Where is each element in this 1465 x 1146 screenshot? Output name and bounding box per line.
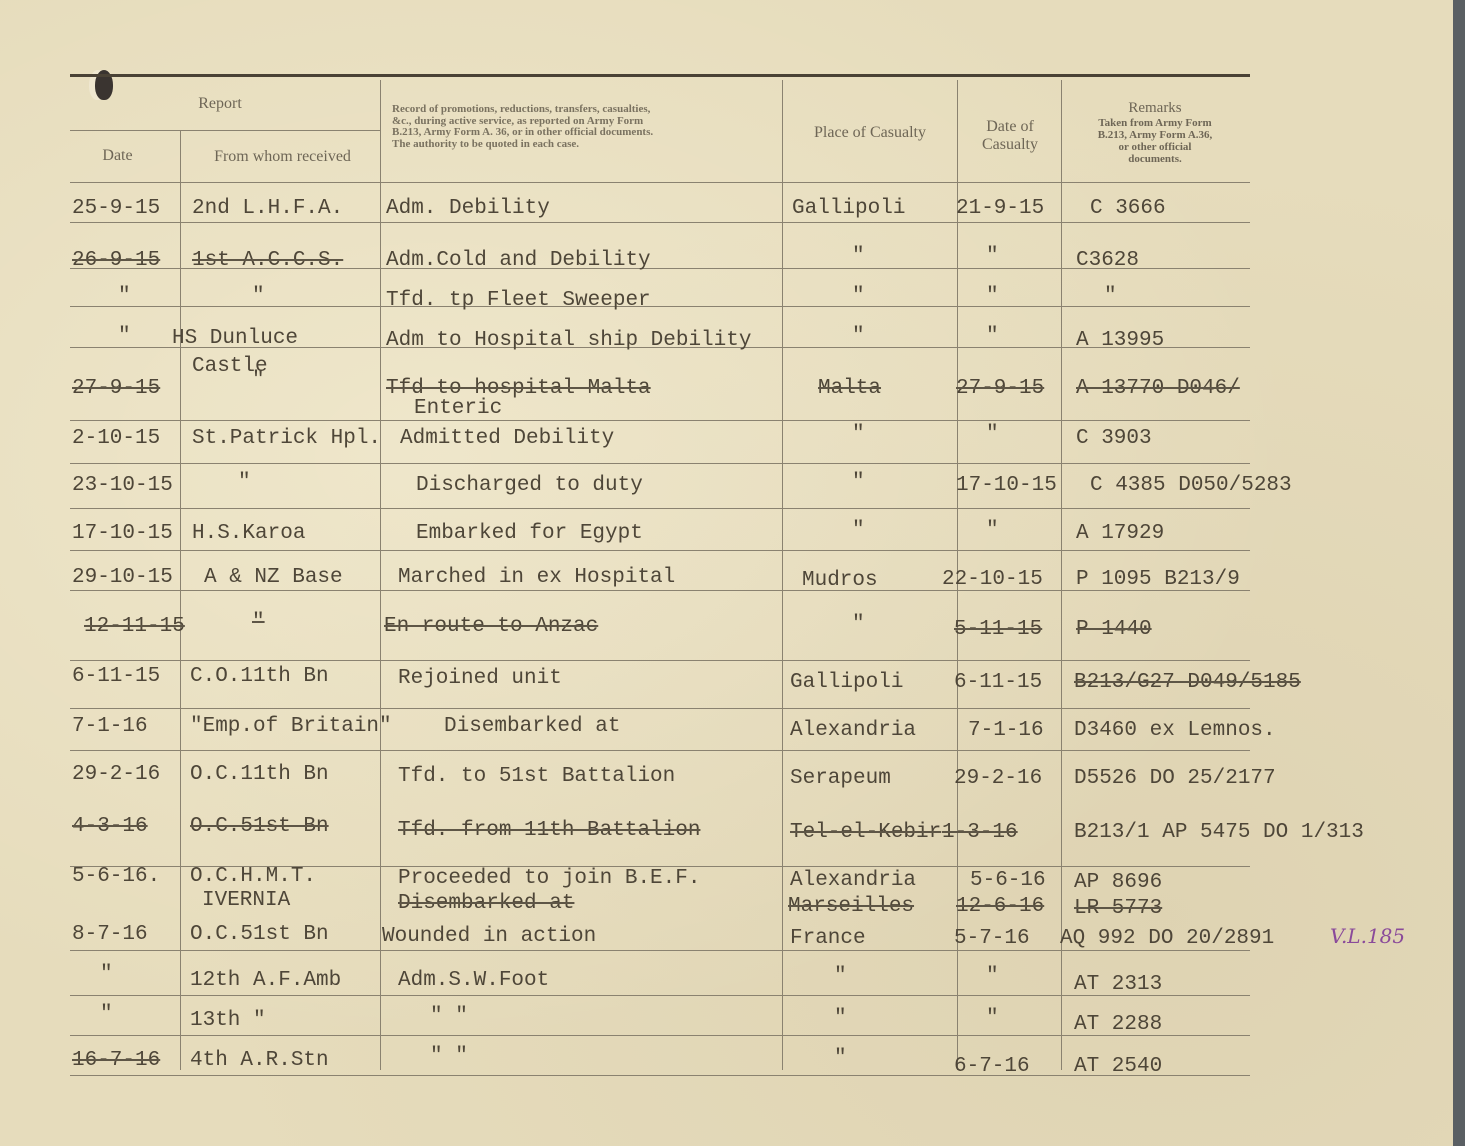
row-place: " [834,966,847,987]
row-from-line2: IVERNIA [202,890,290,911]
row-rule [70,1035,1250,1036]
row-rule [70,750,1250,751]
row-record: Wounded in action [382,926,596,947]
row-date: 27-9-15 [72,378,160,399]
header-record-line: Record of promotions, reductions, transf… [392,104,772,116]
row-remarks: C 3903 [1076,428,1152,449]
row-remarks: AT 2288 [1074,1014,1162,1035]
row-place: " [834,1048,847,1069]
row-casualty-date: " [986,286,999,307]
header-remarks: Remarks Taken from Army Form B.213, Army… [1065,100,1245,165]
row-remarks: P 1440 [1076,619,1152,640]
header-date-casualty-line: Date of [960,118,1060,136]
row-rule [70,463,1250,464]
row-casualty-date: 21-9-15 [956,198,1044,219]
row-record: Rejoined unit [398,668,562,689]
row-casualty-date: 6-11-15 [954,672,1042,693]
row-casualty-date: 5-7-16 [954,928,1030,949]
row-rule [70,550,1250,551]
row-date: 26-9-15 [72,250,160,271]
row-record: Discharged to duty [416,475,643,496]
row-from: 13th " [190,1010,266,1031]
row-remarks: B213/G27 D049/5185 [1074,672,1301,693]
header-rule [70,130,380,131]
row-casualty-date: 1-3-16 [942,822,1018,843]
row-date: " [118,326,131,347]
row-place: " [852,246,865,267]
row-record: Marched in ex Hospital [398,567,675,588]
row-remarks: D3460 ex Lemnos. [1074,720,1276,741]
header-rule [70,182,1250,183]
row-casualty-date: " [986,520,999,541]
row-from: A & NZ Base [204,567,343,588]
row-place: " [852,424,865,445]
column-divider [1061,80,1062,1070]
row-place: " [852,614,865,635]
row-casualty-date: 22-10-15 [942,569,1043,590]
header-remarks-line: B.213, Army Form A.36, [1065,129,1245,141]
row-record: Adm.Cold and Debility [386,250,651,271]
row-rule [70,420,1250,421]
row-remarks: C3628 [1076,250,1139,271]
row-from: C.O.11th Bn [190,666,329,687]
row-place: Gallipoli [790,672,903,693]
row-record: Adm. Debility [386,198,550,219]
row-from: " [252,286,265,307]
row-date: 8-7-16 [72,924,148,945]
row-date: 7-1-16 [72,716,148,737]
header-remarks-line: or other official [1065,141,1245,153]
column-divider [180,130,181,1070]
row-from: " [238,472,251,493]
row-record: Admitted Debility [400,428,614,449]
row-date: 2-10-15 [72,428,160,449]
row-place: " [852,326,865,347]
row-place: France [790,928,866,949]
row-date: 6-11-15 [72,666,160,687]
header-date-casualty: Date of Casualty [960,118,1060,153]
row-record: Tfd. to 51st Battalion [398,766,675,787]
header-date: Date [70,147,165,165]
row-record: Tfd. tp Fleet Sweeper [386,290,651,311]
row-casualty-date: 27-9-15 [956,378,1044,399]
row-date: 23-10-15 [72,475,173,496]
row-from: 12th A.F.Amb [190,970,341,991]
top-rule [70,74,1250,77]
row-casualty-date: " [986,1008,999,1029]
row-record: En route to Anzac [384,616,598,637]
row-record: Disembarked at [444,716,620,737]
row-rule [70,660,1250,661]
row-place: Serapeum [790,768,891,789]
row-rule [70,950,1250,951]
service-record-page: Report Date From whom received Record of… [0,0,1453,1146]
row-date: 29-10-15 [72,567,173,588]
row-date: 5-6-16. [72,866,160,887]
row-remarks: " [1104,286,1117,307]
row-remarks: D5526 DO 25/2177 [1074,768,1276,789]
row-date: " [100,1004,113,1025]
row-record: Adm.S.W.Foot [398,970,549,991]
row-remarks: A 13770 D046/ [1076,378,1240,399]
row-rule [70,306,1250,307]
row-rule [70,1075,1250,1076]
row-from: O.C.51st Bn [190,924,329,945]
row-record: Tfd to hospital Malta [386,378,651,399]
row-record: " " [430,1006,468,1027]
row-record: Adm to Hospital ship Debility [386,330,751,351]
row-casualty-date: " [986,326,999,347]
row-rule [70,222,1250,223]
row-from: "Emp.of Britain" [190,716,392,737]
row-from: St.Patrick Hpl. [192,428,381,449]
row-remarks: AQ 992 DO 20/2891 [1060,928,1274,949]
row-from: 1st A.C.C.S. [192,250,343,271]
header-remarks-line: documents. [1065,153,1245,165]
row-record-line2: Disembarked at [398,893,574,914]
column-divider [782,80,783,1070]
row-place: " [852,286,865,307]
row-casualty-date: " [986,424,999,445]
row-remarks: A 17929 [1076,523,1164,544]
header-remarks-line: Taken from Army Form [1065,117,1245,129]
row-casualty-date: 5-6-16 [970,870,1046,891]
row-date: " [118,286,131,307]
column-divider [380,80,381,1070]
row-place-line2: Marseilles [788,896,914,917]
row-rule [70,590,1250,591]
row-remarks: A 13995 [1076,330,1164,351]
row-record: Embarked for Egypt [416,523,643,544]
header-record: Record of promotions, reductions, transf… [392,104,772,150]
row-casualty-date: 6-7-16 [954,1056,1030,1077]
row-record: " " [430,1046,468,1067]
row-rule [70,708,1250,709]
row-remarks: C 3666 [1090,198,1166,219]
row-record: Proceeded to join B.E.F. [398,868,700,889]
row-from: 4th A.R.Stn [190,1050,329,1071]
row-date: 16-7-16 [72,1050,160,1071]
header-from-whom: From whom received [185,148,380,166]
row-remarks: AP 8696 [1074,872,1162,893]
row-remarks: B213/1 AP 5475 DO 1/313 [1074,822,1364,843]
row-casualty-date: 5-11-15 [954,619,1042,640]
row-place: Alexandria [790,720,916,741]
row-casualty-date: " [986,966,999,987]
row-record: Tfd. from 11th Battalion [398,820,700,841]
row-casualty-date-line2: 12-6-16 [956,896,1044,917]
row-from: 2nd L.H.F.A. [192,198,343,219]
header-record-line: B.213, Army Form A. 36, or in other offi… [392,127,772,139]
row-from: O.C.51st Bn [190,816,329,837]
row-remarks: C 4385 D050/5283 [1090,475,1292,496]
row-from: H.S.Karoa [192,523,305,544]
row-casualty-date: 17-10-15 [956,475,1057,496]
row-date: 12-11-15 [84,616,185,637]
row-place: Malta [818,378,881,399]
row-remarks: AT 2313 [1074,974,1162,995]
row-place: Mudros [802,570,878,591]
row-place: " [834,1008,847,1029]
row-from-ditto: " [252,370,265,391]
row-place: " [852,472,865,493]
row-casualty-date: 7-1-16 [968,720,1044,741]
row-from: HS Dunluce [172,328,298,349]
row-place: Alexandria [790,870,916,891]
row-rule [70,508,1250,509]
row-rule [70,995,1250,996]
header-record-line: The authority to be quoted in each case. [392,139,772,151]
row-from: O.C.H.M.T. [190,866,316,887]
row-date: 4-3-16 [72,816,148,837]
header-place: Place of Casualty [785,124,955,142]
row-from: O.C.11th Bn [190,764,329,785]
row-date: 25-9-15 [72,198,160,219]
row-casualty-date: " [986,246,999,267]
handwritten-annotation: V.L.185 [1330,924,1405,948]
row-remarks: AT 2540 [1074,1056,1162,1077]
row-date: 29-2-16 [72,764,160,785]
row-date: 17-10-15 [72,523,173,544]
row-place: Tel-el-Kebir [790,822,941,843]
header-report: Report [180,95,260,113]
row-remarks-line2: LR 5773 [1074,898,1162,919]
row-place: Gallipoli [792,198,905,219]
header-remarks-title: Remarks [1065,100,1245,117]
row-from: " [252,612,265,633]
row-remarks: P 1095 B213/9 [1076,569,1240,590]
row-place: " [852,520,865,541]
row-date: " [100,964,113,985]
header-date-casualty-line: Casualty [960,136,1060,154]
row-casualty-date: 29-2-16 [954,768,1042,789]
row-record-line2: Enteric [414,398,502,419]
